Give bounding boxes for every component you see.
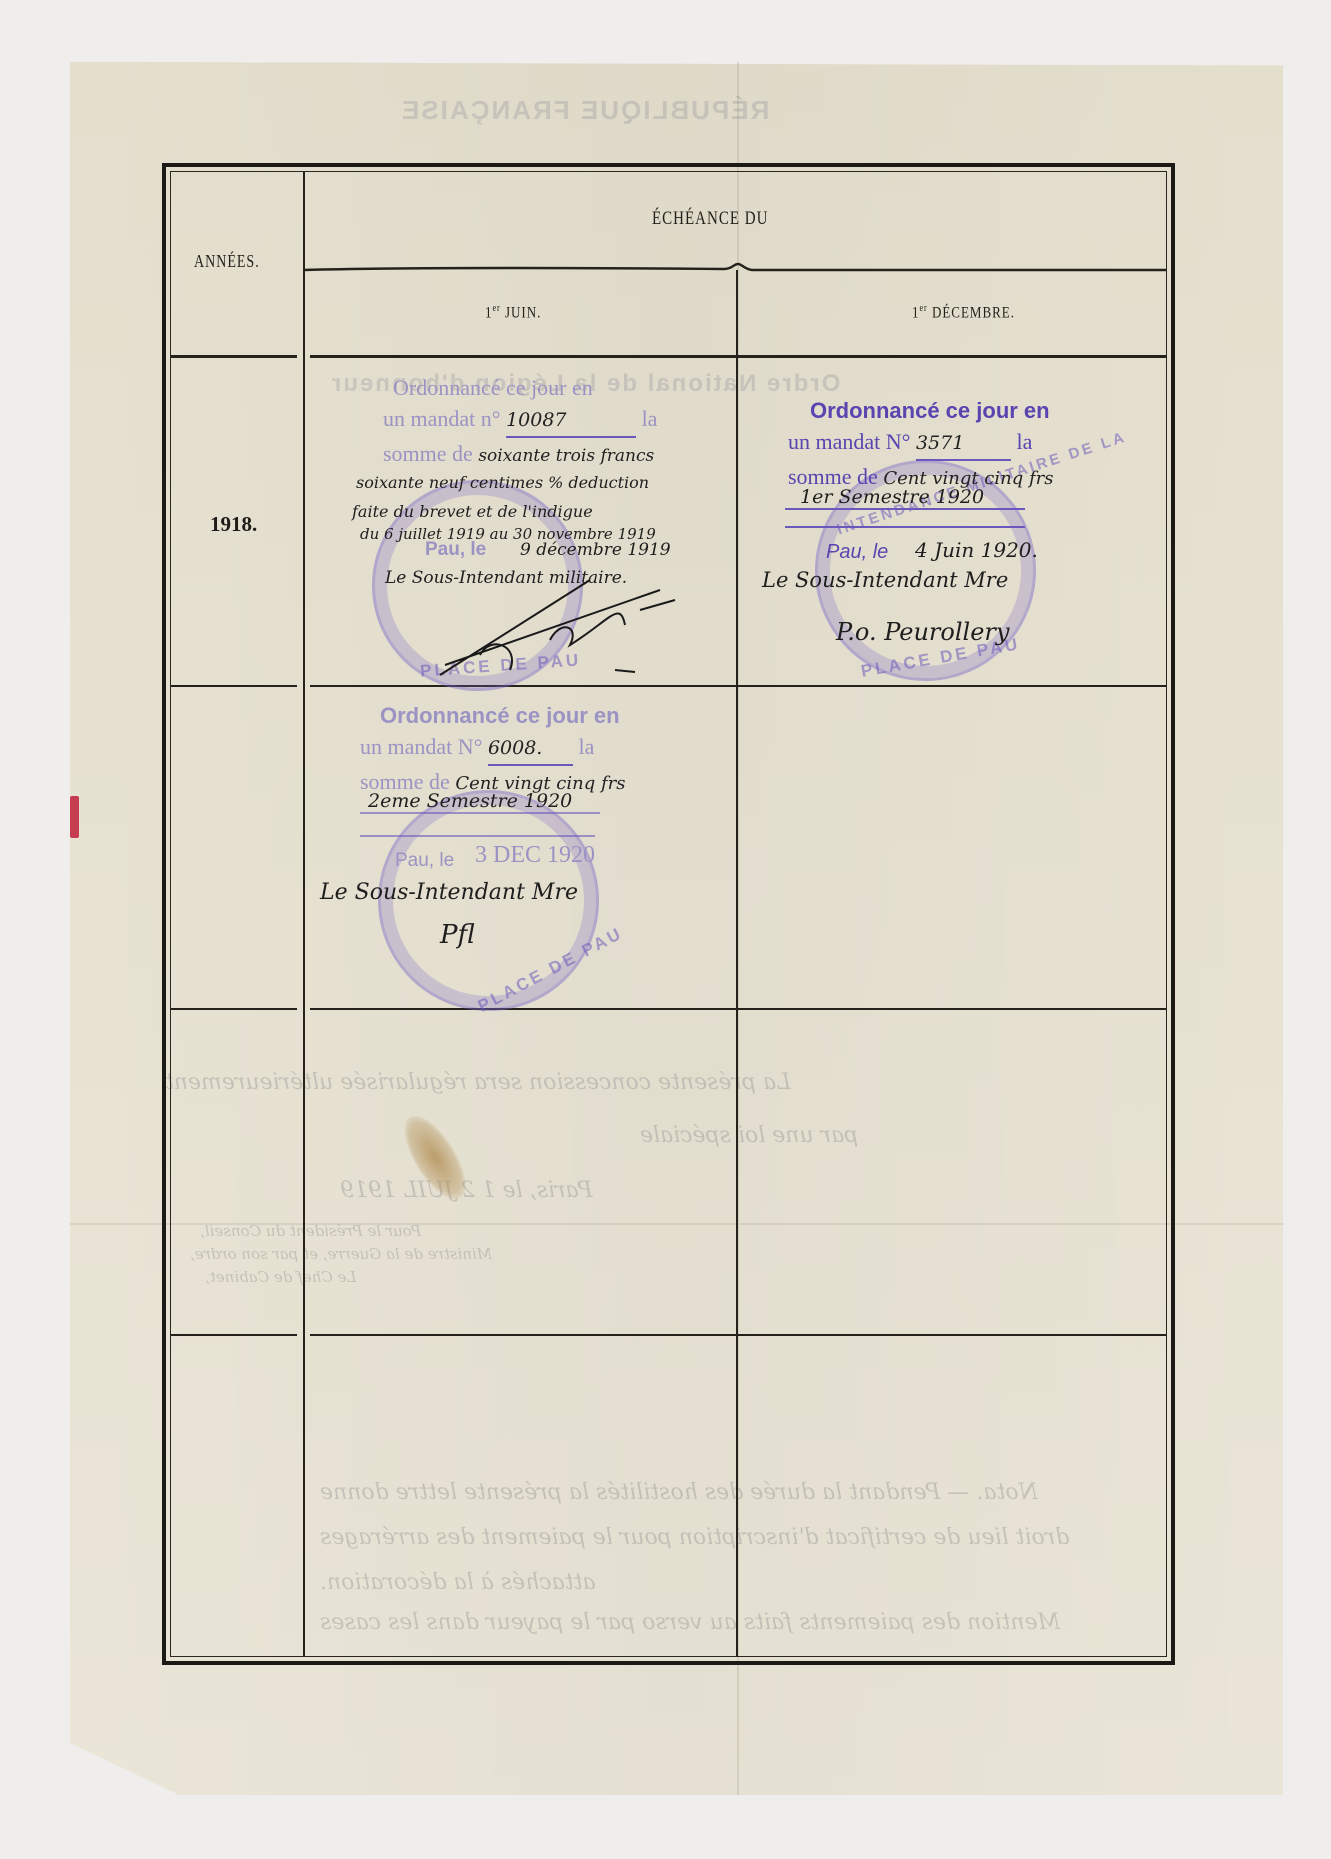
june-row2-date-stamp: 3 DEC 1920 [475, 840, 595, 871]
years-column-divider [303, 172, 305, 1657]
stamp-line-1: Ordonnancé ce jour en [393, 372, 667, 403]
june-1918-stamp: Ordonnancé ce jour en un mandat n° 10087… [383, 372, 657, 472]
row-3-rule [310, 1334, 1166, 1336]
header-bottom-rule [310, 355, 1166, 358]
row-2-rule-years [171, 1008, 297, 1010]
december-1918-amount-line-2: 1er Semestre 1920 [800, 486, 984, 508]
december-1918-signatory: Le Sous-Intendant Mre [762, 568, 1008, 592]
echeance-header: ÉCHÉANCE DU [652, 209, 768, 230]
stamp-line-1: Ordonnancé ce jour en [810, 395, 1075, 426]
june-1918-amount-line-2: soixante neuf centimes % deduction [356, 473, 649, 492]
june-row2-place: Pau, le [395, 843, 454, 876]
stamp-line-3: somme de soixante trois francs [383, 438, 657, 472]
june-december-divider [736, 270, 738, 1657]
row-3-rule-years [171, 1334, 297, 1336]
stamp-line-2: un mandat n° 10087 la [383, 403, 657, 438]
june-row2-stamp: Ordonnancé ce jour en un mandat N° 6008.… [360, 700, 625, 799]
years-header: ANNÉES. [194, 253, 260, 273]
bleed-title: RÉPUBLIQUE FRANÇAISE [400, 95, 769, 126]
june-row2-signatory: Le Sous-Intendant Mre [320, 880, 578, 905]
june-1918-amount-line-3: faite du brevet et de l'indigue [352, 502, 593, 521]
stamp-line-2: un mandat N° 6008. la [360, 731, 625, 766]
december-1918-stamp: Ordonnancé ce jour en un mandat N° 3571 … [788, 395, 1053, 494]
stamp-line-1: Ordonnancé ce jour en [380, 700, 645, 731]
year-1918: 1918. [210, 512, 257, 537]
stamp-line-2: un mandat N° 3571 la [788, 426, 1053, 461]
june-row2-signature: Pfl [440, 920, 475, 950]
june-1918-signature [410, 560, 710, 680]
row-1-rule-years [171, 685, 297, 687]
echeance-brace-rule [304, 262, 1168, 276]
june-row2-amount-line-2: 2eme Semestre 1920 [368, 790, 572, 812]
june-1918-date: 9 décembre 1919 [520, 540, 671, 560]
row-1-rule [310, 685, 1166, 687]
june-column-header: 1er JUIN. [485, 302, 541, 322]
december-1918-date: 4 Juin 1920. [915, 538, 1038, 562]
december-1918-rule-2 [785, 526, 1025, 528]
december-column-header: 1er DÉCEMBRE. [912, 302, 1015, 322]
december-1918-signature: P.o. Peurollery [836, 618, 1009, 646]
december-1918-place: Pau, le [826, 535, 888, 568]
mandat-number: 10087 [506, 405, 636, 438]
header-bottom-rule-years [171, 355, 297, 358]
june-row2-rule-1 [360, 812, 600, 814]
mandat-number: 6008. [488, 733, 573, 766]
row-2-rule [310, 1008, 1166, 1010]
june-row2-rule-2 [360, 835, 595, 837]
table-frame-inner [170, 171, 1167, 1657]
red-wax-mark [70, 796, 79, 838]
mandat-number: 3571 [916, 428, 1011, 461]
amount-line-1: soixante trois francs [478, 446, 654, 466]
december-1918-rule-1 [785, 508, 1025, 510]
